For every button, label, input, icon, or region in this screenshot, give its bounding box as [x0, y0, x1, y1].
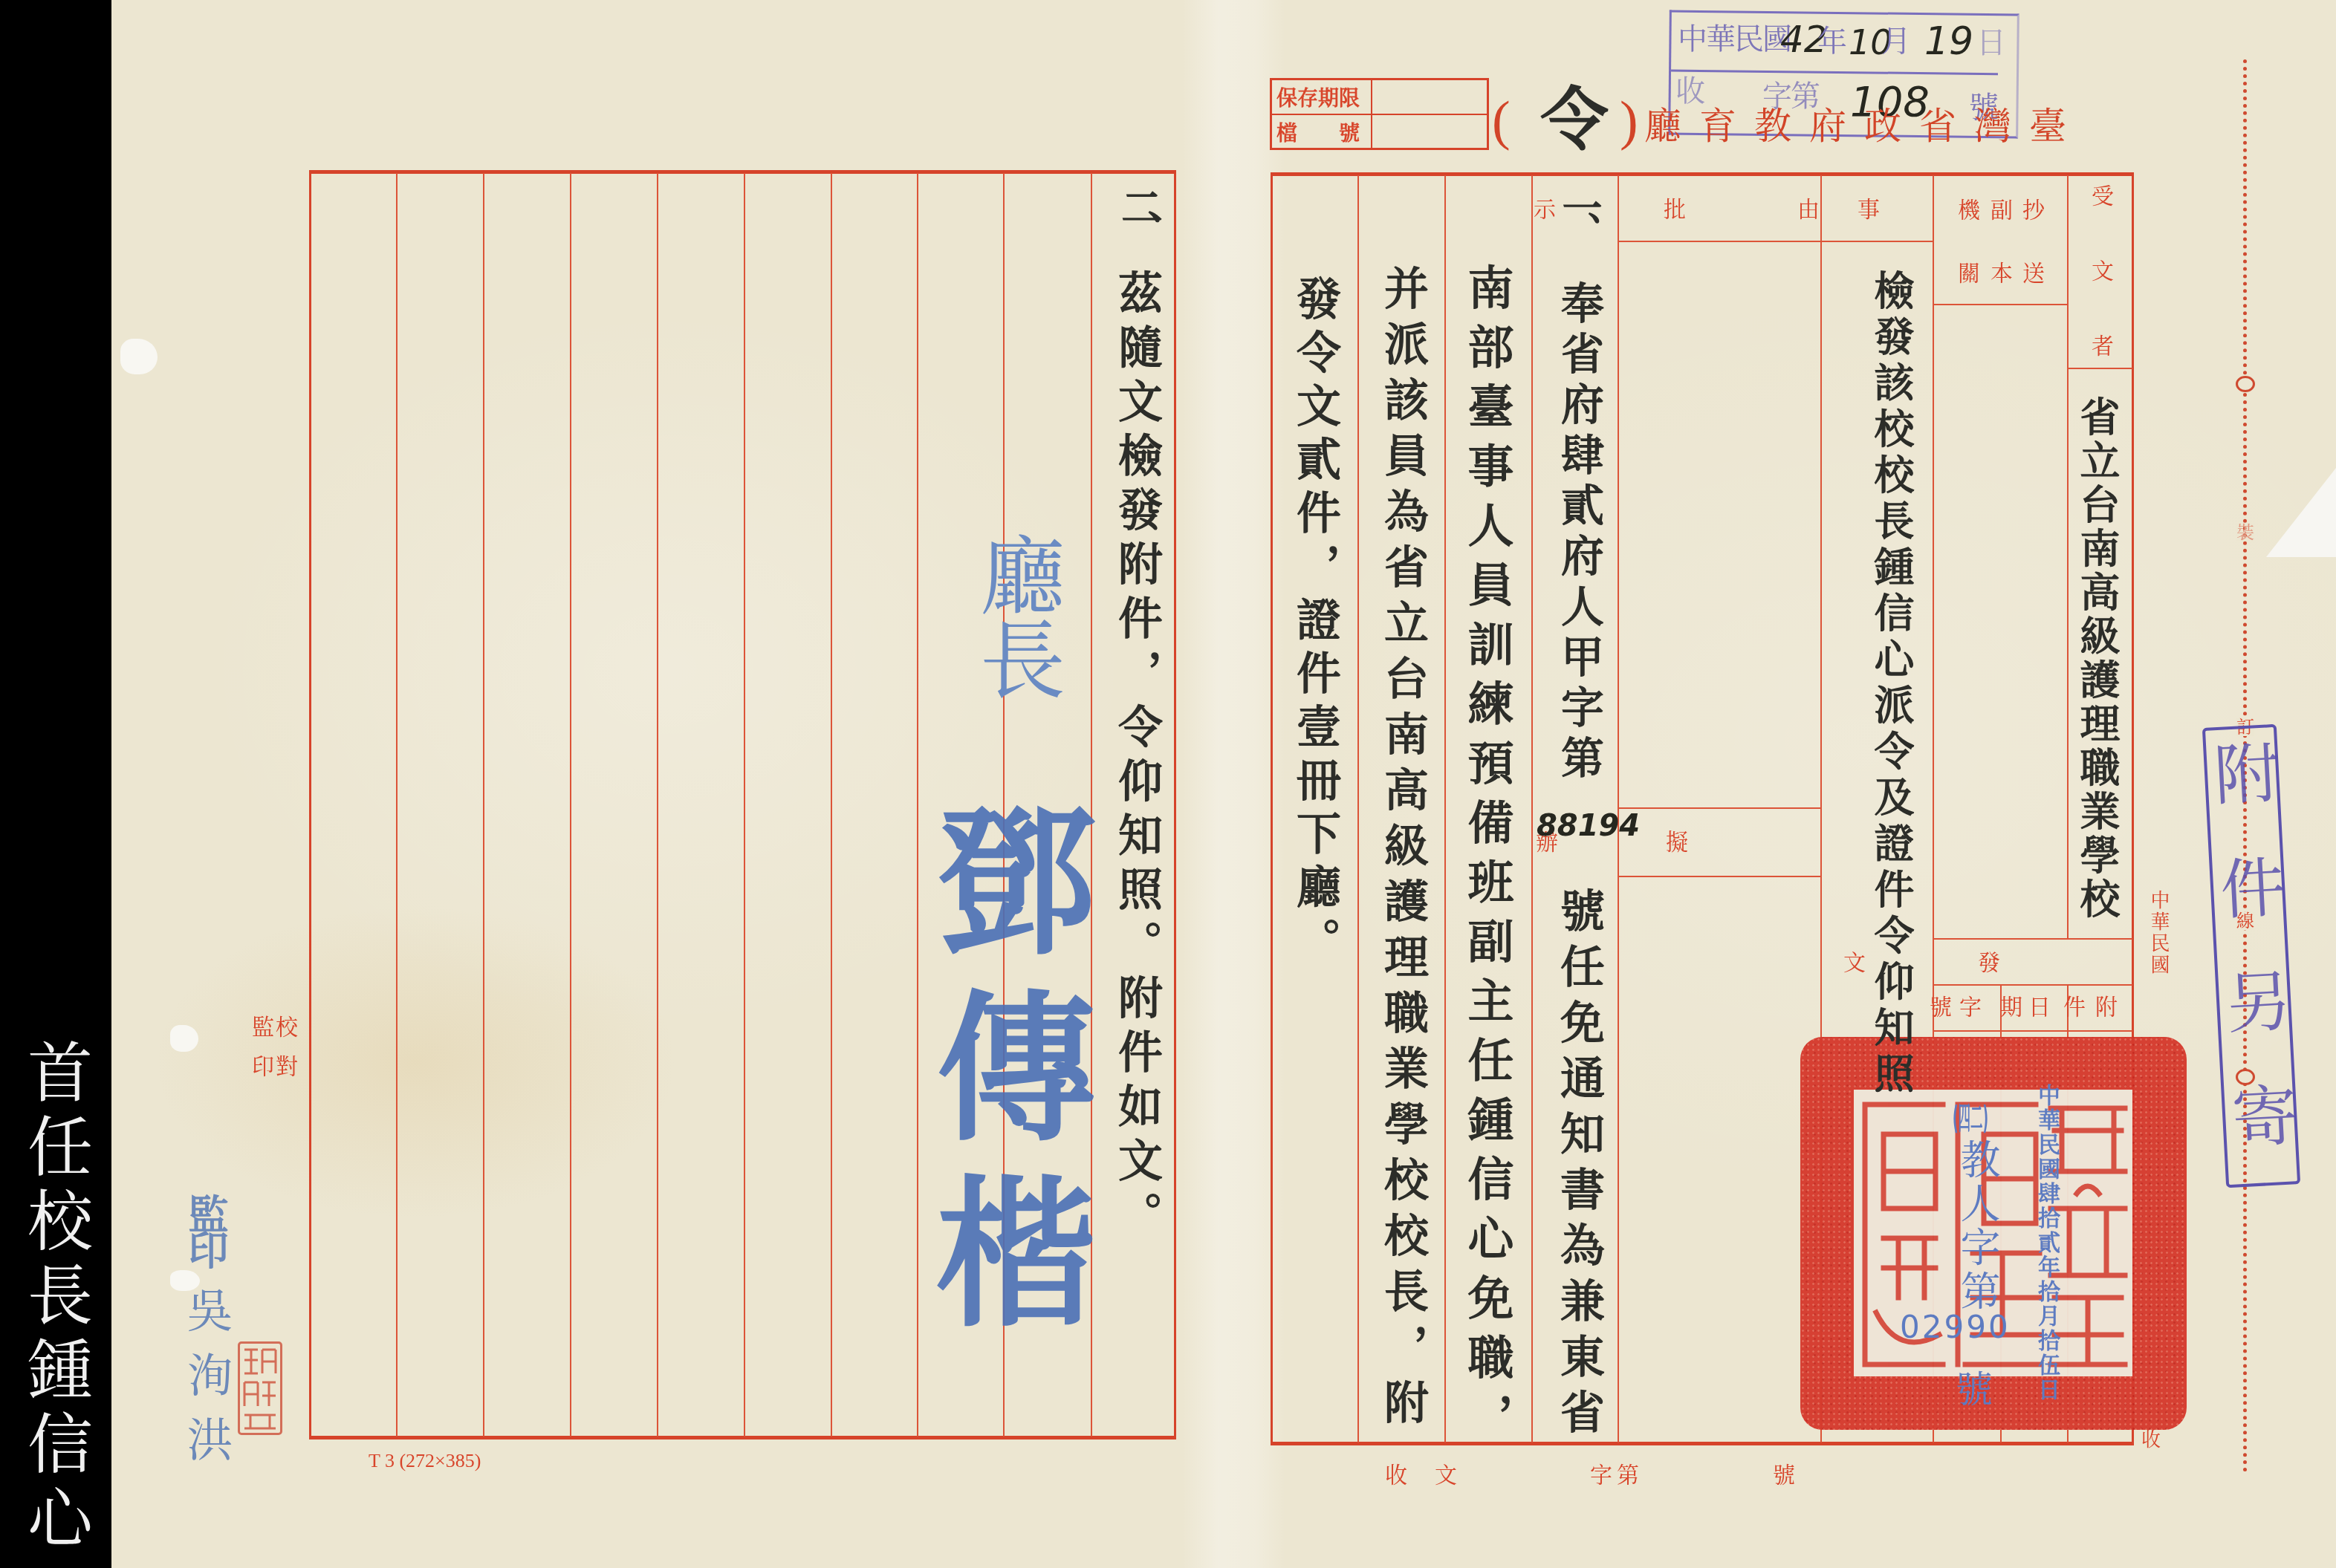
- footer-number-label: 號: [1773, 1465, 1795, 1487]
- receipt-receive-label: 收: [1675, 77, 1705, 106]
- proofing-label-seal: 監印: [249, 1015, 271, 1094]
- subject-value: 檢發該校校長鍾信心派令及證件令仰知照: [1871, 270, 1911, 1099]
- seal-supervisor-role: 監印: [186, 1194, 226, 1265]
- issue-ref-number: 02990: [1900, 1312, 2011, 1343]
- ruled-line: [396, 173, 398, 1437]
- doc-type-paren-close: ): [1620, 94, 1638, 149]
- ruled-line: [831, 173, 832, 1437]
- receipt-month-unit: 月: [1881, 27, 1911, 56]
- draft-row-top: [1618, 807, 1820, 809]
- margin-era-label: 中華民國: [2149, 890, 2168, 976]
- margin-receipt-label: 收: [2141, 1431, 2161, 1450]
- body-line: 并派該員為省立台南高級護理職業學校校長，附: [1380, 265, 1425, 1435]
- proofreader-seal: [238, 1341, 282, 1435]
- item1-ref-number: 88194: [1537, 811, 1640, 841]
- footer-receipt-label: 收文: [1385, 1465, 1485, 1487]
- attachment-stamp-text: 附件另寄: [2207, 738, 2297, 1199]
- item1-marker: 一、: [1559, 187, 1599, 235]
- side-caption: 首任校長鍾信心: [22, 1038, 88, 1558]
- retention-label: 保存期限: [1276, 88, 1360, 109]
- signature-name: 鄧傳楷: [924, 798, 1083, 1356]
- issue-ref-suffix: 號: [1953, 1370, 1990, 1407]
- org-title: 臺灣省政府教育廳: [1644, 108, 2084, 145]
- binding-ring-icon: [2236, 376, 2255, 392]
- paper-tear: [170, 1025, 198, 1052]
- cc-label-col2: 副本: [1988, 198, 2010, 325]
- dispatch-col-attachment: 附件: [2063, 997, 2127, 1019]
- issue-ref-prefix: (四二): [1953, 1104, 1988, 1135]
- receipt-day-unit: 日: [1976, 28, 2006, 58]
- issue-date: 中華民國肆拾貳年拾月拾伍日: [2035, 1084, 2057, 1402]
- document-scan: 首任校長鍾信心 二、 茲隨文檢發附件，令仰知照。附件如文。 廳長 鄧傳楷 校對 …: [0, 0, 2336, 1568]
- seal-script-icon: [240, 1344, 280, 1433]
- stamp-divider: [1671, 70, 1998, 76]
- footer-word-label: 字第: [1590, 1465, 1644, 1487]
- item2-text: 茲隨文檢發附件，令仰知照。附件如文。: [1115, 270, 1159, 1246]
- form-code: T 3 (272×385): [369, 1451, 481, 1471]
- ruled-line: [483, 173, 484, 1437]
- receipt-year-unit: 年: [1817, 27, 1847, 56]
- item2-marker: 二、: [1117, 186, 1159, 233]
- proofing-label-check: 校對: [273, 1015, 295, 1094]
- dispatch-col-date: 日期: [2000, 997, 2057, 1019]
- doc-type: 令: [1540, 86, 1609, 154]
- item1-text-a: 奉省府肆貳府人甲字第: [1557, 281, 1600, 786]
- ruled-line: [570, 173, 571, 1437]
- dispatch-col-number: 字號: [1930, 997, 1989, 1019]
- ruled-line: [1531, 175, 1533, 1442]
- draft-row-bottom: [1618, 876, 1820, 877]
- dispatch-row-top: [1933, 938, 2132, 940]
- ruled-line: [1444, 175, 1446, 1442]
- dispatch-row-bottom: [1933, 1030, 2132, 1032]
- binding-label: 裝: [2236, 524, 2254, 541]
- filing-box-divider-h: [1272, 114, 1487, 115]
- paper-tear: [120, 339, 158, 374]
- body-line: 南部臺事人員訓練預備班副主任鍾信心免職，: [1464, 264, 1510, 1452]
- ruled-line: [657, 173, 658, 1437]
- seal-supervisor-name: 吳洵洪: [183, 1286, 229, 1480]
- header-row-line: [1618, 241, 1933, 242]
- recipient-label: 受文者: [2089, 184, 2111, 409]
- signature-title: 廳長: [972, 532, 1057, 700]
- item1-text-b: 號任免通知書為兼東省: [1557, 888, 1601, 1445]
- receipt-era: 中華民國: [1678, 25, 1791, 54]
- doc-type-paren-open: (: [1492, 94, 1511, 149]
- ruled-line: [1357, 175, 1359, 1442]
- recipient-value: 省立台南高級護理職業學校: [2077, 396, 2117, 922]
- ruled-line: [744, 173, 745, 1437]
- cc-label-col1: 抄送: [2019, 198, 2042, 325]
- cc-label-col3: 機關: [1955, 198, 1977, 325]
- dispatch-row-mid: [1933, 984, 2132, 986]
- subject-label: 事由: [1797, 199, 1918, 221]
- receipt-day: 19: [1924, 22, 1973, 61]
- corner-fold: [2266, 468, 2336, 557]
- issue-ref-dept: 教人字第: [1957, 1139, 1997, 1314]
- attachment-separate-stamp: 附件另寄: [2202, 724, 2300, 1188]
- body-line: 發令文貳件，證件壹冊下廳。: [1293, 276, 1337, 971]
- recipient-column-left: [2067, 175, 2069, 938]
- file-number-label: 檔號: [1276, 123, 1401, 144]
